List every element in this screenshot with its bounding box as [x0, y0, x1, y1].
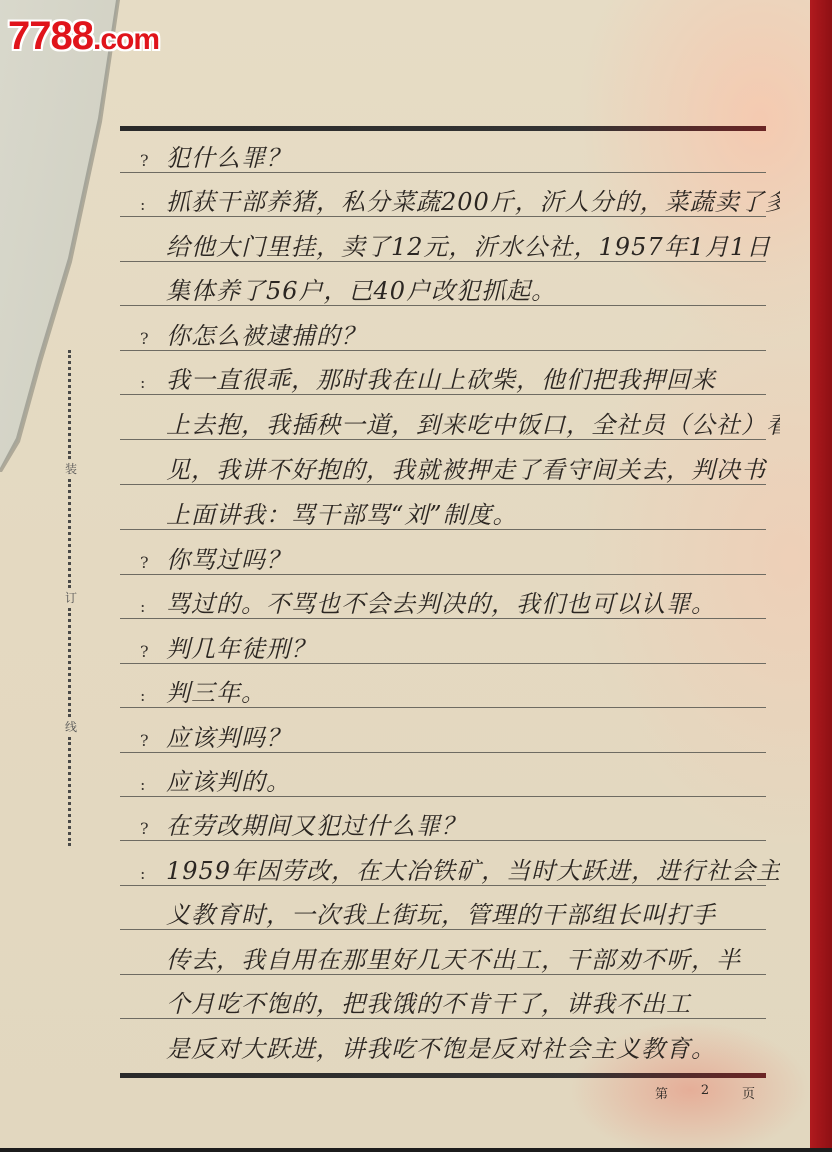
top-rule — [120, 126, 766, 131]
line-text: 上面讲我：骂干部骂“刘”制度。 — [166, 501, 518, 529]
bottom-rule — [120, 1073, 766, 1078]
record-line: :判三年。 — [140, 673, 780, 713]
watermark-brand: 7788 — [8, 14, 93, 58]
record-line: ?应该判吗？ — [140, 718, 780, 758]
dotted-line — [68, 608, 74, 717]
record-line: :骂过的。不骂也不会去判决的，我们也可以认罪。 — [140, 584, 780, 624]
line-text: 应该判的。 — [166, 768, 291, 796]
record-line: ?在劳改期间又犯过什么罪？ — [140, 806, 780, 846]
answer-marker: : — [140, 686, 166, 705]
scan-edge — [0, 1148, 832, 1152]
record-line: 个月吃不饱的，把我饿的不肯干了，讲我不出工 — [140, 984, 780, 1024]
record-line: 集体养了56户，已40户改犯抓起。 — [140, 271, 780, 311]
dotted-line — [68, 479, 74, 588]
answer-marker: : — [140, 373, 166, 392]
dotted-line — [68, 350, 74, 459]
record-line: 义教育时，一次我上街玩，管理的干部组长叫打手 — [140, 895, 780, 935]
line-text: 1959年因劳改，在大冶铁矿，当时大跃进，进行社会主 — [166, 857, 780, 885]
line-text: 你骂过吗？ — [166, 546, 291, 574]
line-text: 骂过的。不骂也不会去判决的，我们也可以认罪。 — [166, 590, 716, 618]
record-line: 是反对大跃进，讲我吃不饱是反对社会主义教育。 — [140, 1029, 780, 1069]
page-suffix: 页 — [742, 1083, 755, 1102]
question-marker: ? — [140, 151, 166, 170]
answer-marker: : — [140, 597, 166, 616]
record-line: :应该判的。 — [140, 762, 780, 802]
line-text: 抓获干部养猪，私分菜蔬200斤，沂人分的，菜蔬卖了多少钱 — [166, 188, 780, 216]
record-line: ?你怎么被逮捕的？ — [140, 316, 780, 356]
record-line: :抓获干部养猪，私分菜蔬200斤，沂人分的，菜蔬卖了多少钱 — [140, 182, 780, 222]
question-marker: ? — [140, 819, 166, 838]
record-line: :1959年因劳改，在大冶铁矿，当时大跃进，进行社会主 — [140, 851, 780, 891]
answer-marker: : — [140, 195, 166, 214]
line-text: 我一直很乖，那时我在山上砍柴，他们把我押回来 — [166, 366, 716, 394]
question-marker: ? — [140, 731, 166, 750]
watermark-logo: 7788.com — [8, 14, 159, 59]
binding-char-xian: 线 — [65, 720, 77, 734]
line-text: 见，我讲不好抱的，我就被押走了看守间关去，判决书 — [166, 456, 766, 484]
record-line: :我一直很乖，那时我在山上砍柴，他们把我押回来 — [140, 360, 780, 400]
question-marker: ? — [140, 553, 166, 572]
line-text: 给他大门里挂，卖了12元，沂水公社，1957年1月1日 我们 — [166, 233, 780, 261]
line-text: 应该判吗？ — [166, 724, 291, 752]
question-marker: ? — [140, 329, 166, 348]
line-text: 个月吃不饱的，把我饿的不肯干了，讲我不出工 — [166, 990, 691, 1018]
record-line: ?判几年徒刑？ — [140, 629, 780, 669]
line-text: 判三年。 — [166, 679, 266, 707]
line-text: 上去抱，我插秧一道，到来吃中饭口，全社员（公社）看 — [166, 411, 780, 439]
record-line: 上去抱，我插秧一道，到来吃中饭口，全社员（公社）看 — [140, 405, 780, 445]
question-marker: ? — [140, 642, 166, 661]
binding-line: 装 订 线 — [66, 350, 76, 846]
line-text: 传去，我自用在那里好几天不出工，干部劝不听，半 — [166, 946, 741, 974]
page-number-value: 2 — [701, 1083, 709, 1102]
answer-marker: : — [140, 775, 166, 794]
line-text: 义教育时，一次我上街玩，管理的干部组长叫打手 — [166, 901, 716, 929]
record-line: 传去，我自用在那里好几天不出工，干部劝不听，半 — [140, 940, 780, 980]
line-text: 在劳改期间又犯过什么罪？ — [166, 812, 466, 840]
record-line: 见，我讲不好抱的，我就被押走了看守间关去，判决书 — [140, 450, 780, 490]
record-line: ?你骂过吗？ — [140, 540, 780, 580]
record-line: ?犯什么罪？ — [140, 138, 780, 178]
line-text: 集体养了56户，已40户改犯抓起。 — [166, 277, 556, 305]
binding-char-zhuang: 装 — [65, 462, 77, 476]
line-text: 是反对大跃进，讲我吃不饱是反对社会主义教育。 — [166, 1035, 716, 1063]
record-line: 上面讲我：骂干部骂“刘”制度。 — [140, 495, 780, 535]
binder-edge — [810, 0, 832, 1152]
line-text: 判几年徒刑？ — [166, 635, 316, 663]
watermark-suffix: .com — [93, 23, 159, 56]
page-number: 第 2 页 — [655, 1083, 755, 1102]
line-text: 犯什么罪？ — [166, 144, 291, 172]
dotted-line — [68, 737, 74, 846]
page-prefix: 第 — [655, 1083, 668, 1102]
binding-char-ding: 订 — [65, 591, 77, 605]
answer-marker: : — [140, 864, 166, 883]
record-line: 给他大门里挂，卖了12元，沂水公社，1957年1月1日 我们 — [140, 227, 780, 267]
line-text: 你怎么被逮捕的？ — [166, 322, 366, 350]
